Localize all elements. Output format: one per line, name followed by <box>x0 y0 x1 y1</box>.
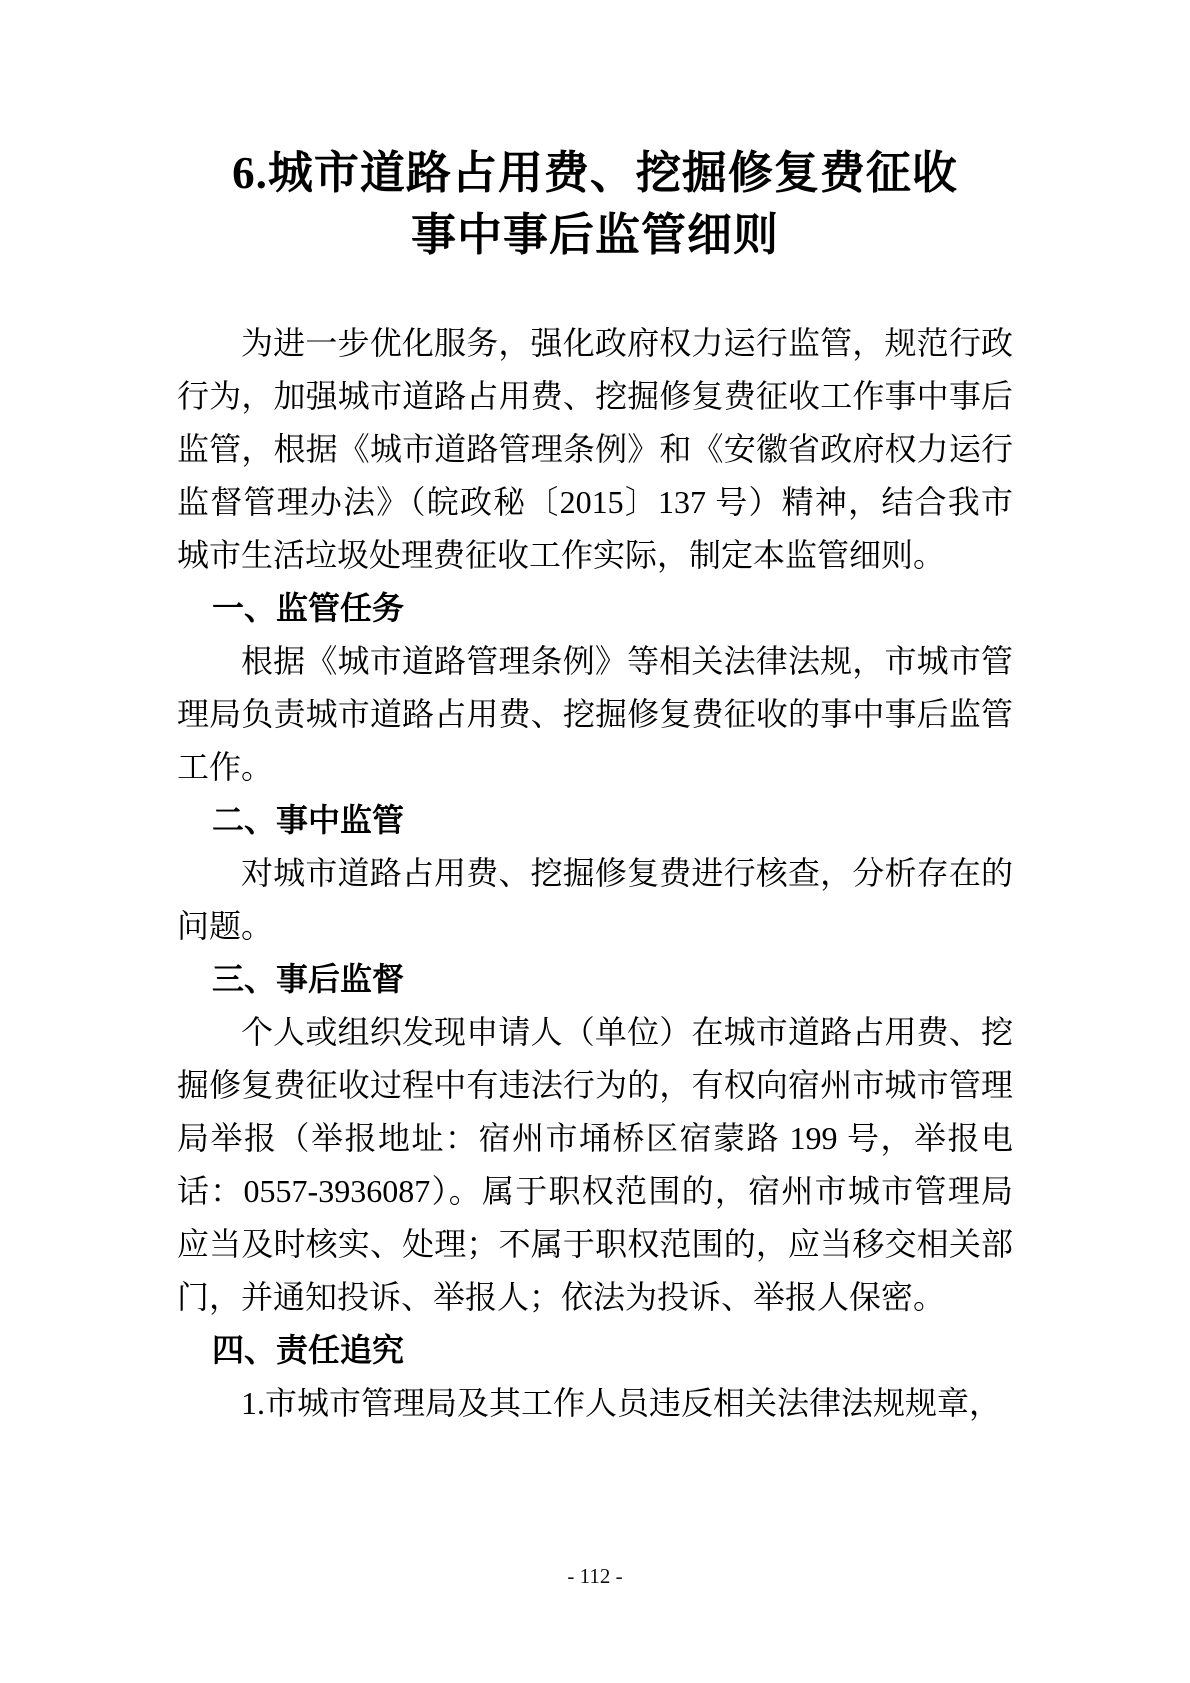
heading-after-event-supervision: 三、事后监督 <box>177 953 1013 1006</box>
page-number: - 112 - <box>177 1562 1013 1590</box>
paragraph-intro: 为进一步优化服务，强化政府权力运行监管，规范行政行为，加强城市道路占用费、挖掘修… <box>177 317 1013 582</box>
paragraph-in-process-supervision: 对城市道路占用费、挖掘修复费进行核查，分析存在的问题。 <box>177 847 1013 953</box>
heading-in-process-supervision: 二、事中监管 <box>177 794 1013 847</box>
heading-supervision-tasks: 一、监管任务 <box>177 582 1013 635</box>
document-title-line-1: 6.城市道路占用费、挖掘修复费征收 <box>145 142 1045 204</box>
document-title-line-2: 事中事后监管细则 <box>145 204 1045 266</box>
paragraph-reporting-channels: 个人或组织发现申请人（单位）在城市道路占用费、挖掘修复费征收过程中有违法行为的，… <box>177 1006 1013 1324</box>
heading-accountability: 四、责任追究 <box>177 1324 1013 1377</box>
paragraph-supervision-tasks: 根据《城市道路管理条例》等相关法律法规，市城市管理局负责城市道路占用费、挖掘修复… <box>177 635 1013 794</box>
document-body: 为进一步优化服务，强化政府权力运行监管，规范行政行为，加强城市道路占用费、挖掘修… <box>177 317 1013 1430</box>
document-title: 6.城市道路占用费、挖掘修复费征收 事中事后监管细则 <box>145 142 1045 266</box>
paragraph-accountability-item-1: 1.市城市管理局及其工作人员违反相关法律法规规章， <box>177 1377 1013 1430</box>
document-page: 6.城市道路占用费、挖掘修复费征收 事中事后监管细则 为进一步优化服务，强化政府… <box>0 0 1190 1683</box>
